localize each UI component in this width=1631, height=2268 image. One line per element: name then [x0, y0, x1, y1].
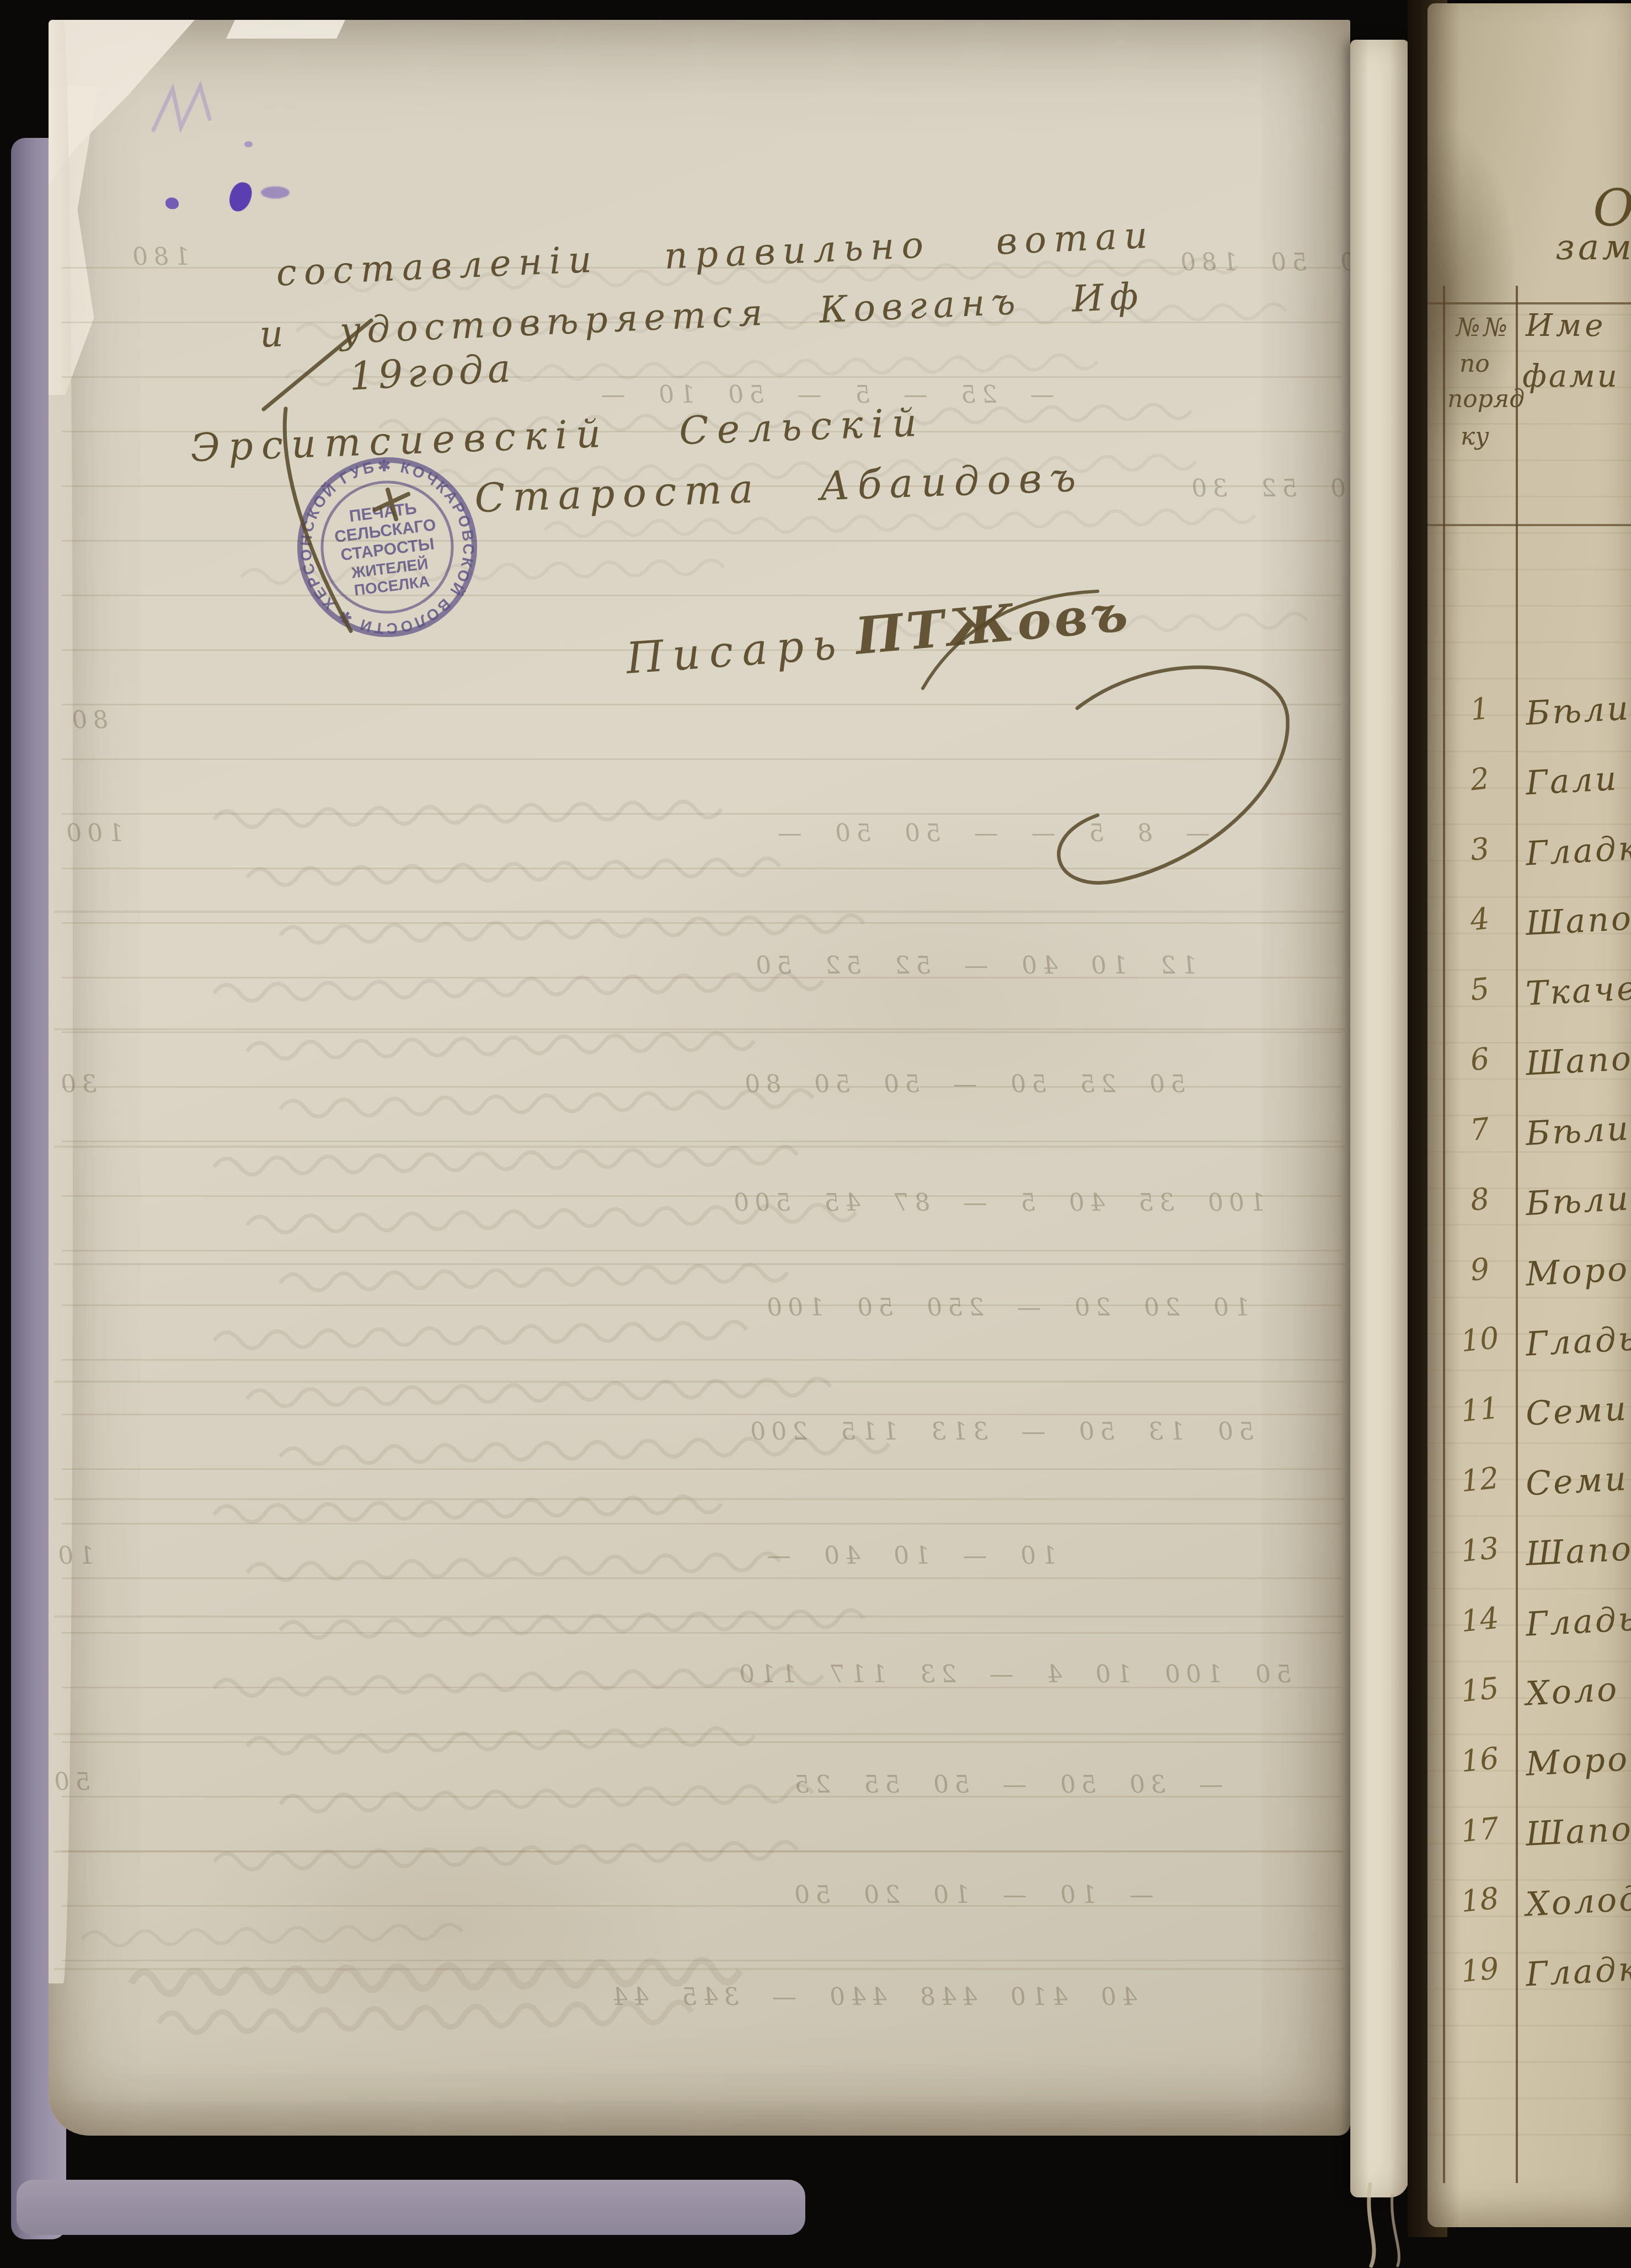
row-number: 4	[1448, 898, 1512, 939]
row-name: Гали	[1525, 759, 1619, 803]
row-name: Бѣли	[1525, 1109, 1631, 1153]
table-top-line	[1427, 302, 1631, 304]
row-number: 18	[1448, 1879, 1512, 1920]
binding-threads	[1346, 2173, 1434, 2268]
row-name: Бѣли	[1525, 1179, 1631, 1223]
row-number: 13	[1448, 1529, 1512, 1570]
main-page: 18050 50 180— 25 — 5 — 50 10 —50 52 3080…	[49, 20, 1350, 2136]
row-number: 17	[1448, 1809, 1512, 1850]
list-item: 6 Шапо	[1427, 1042, 1631, 1112]
list-item: 3 Гладк	[1427, 832, 1631, 902]
book-cover-bottom-edge	[17, 2180, 805, 2235]
header-number-col: №№	[1456, 312, 1511, 342]
list-item: 14 Глады	[1427, 1602, 1631, 1672]
row-number: 16	[1448, 1739, 1512, 1780]
row-number: 9	[1448, 1249, 1512, 1290]
row-name: Шапо	[1525, 1529, 1631, 1574]
page-fold-edge	[1350, 40, 1409, 2197]
list-item: 12 Семи	[1427, 1462, 1631, 1532]
row-name: Семи	[1525, 1389, 1629, 1433]
header-number-col: по	[1459, 350, 1490, 378]
list-item: 8 Бѣли	[1427, 1182, 1631, 1252]
name-list: 1 Бѣли 2 Гали 3 Гладк 4 Шапо 5 Ткаче 6 Ш…	[1427, 692, 1631, 2023]
list-item: 16 Моро	[1427, 1742, 1631, 1812]
header-number-col: ку	[1461, 422, 1489, 451]
scanned-document: 18050 50 180— 25 — 5 — 50 10 —50 52 3080…	[0, 0, 1631, 2268]
table-header-line	[1427, 524, 1631, 526]
row-number: 19	[1448, 1949, 1512, 1990]
row-number: 10	[1448, 1319, 1512, 1360]
row-name: Моро	[1525, 1740, 1630, 1784]
row-name: Холо	[1525, 1670, 1620, 1714]
list-item: 11 Семи	[1427, 1392, 1631, 1462]
list-item: 10 Глады	[1427, 1322, 1631, 1392]
ink-flourishes	[49, 20, 1350, 2136]
row-number: 6	[1448, 1039, 1512, 1079]
row-name: Шапо	[1525, 1810, 1631, 1854]
row-name: Мороз	[1525, 1249, 1631, 1294]
row-number: 5	[1448, 969, 1512, 1009]
row-name: Бѣли	[1525, 689, 1631, 733]
header-name-col: фами	[1522, 359, 1619, 394]
row-number: 15	[1448, 1669, 1512, 1710]
row-number: 11	[1448, 1389, 1512, 1430]
list-item: 1 Бѣли	[1427, 692, 1631, 762]
facing-page-heading-fragment: зам	[1555, 227, 1631, 268]
row-number: 8	[1448, 1179, 1512, 1219]
list-item: 15 Холо	[1427, 1672, 1631, 1742]
row-name: Шапо	[1525, 899, 1631, 943]
row-number: 1	[1448, 688, 1512, 729]
list-item: 18 Холод	[1427, 1882, 1631, 1953]
row-name: Ткаче	[1525, 969, 1631, 1014]
list-item: 7 Бѣли	[1427, 1112, 1631, 1182]
row-number: 3	[1448, 828, 1512, 869]
row-number: 14	[1448, 1599, 1512, 1640]
facing-page: О зам №№ по поряд ку Име фами 1 Бѣли 2 Г…	[1427, 3, 1631, 2227]
row-number: 2	[1448, 758, 1512, 799]
row-name: Гладк	[1525, 1950, 1631, 1994]
row-name: Шапо	[1525, 1039, 1631, 1083]
list-item: 19 Гладк	[1427, 1953, 1631, 2023]
header-number-col: поряд	[1447, 385, 1525, 413]
list-item: 5 Ткаче	[1427, 972, 1631, 1042]
row-name: Глады	[1525, 1319, 1631, 1363]
header-name-col: Име	[1526, 308, 1606, 344]
row-name: Семи	[1525, 1459, 1629, 1504]
row-name: Гладк	[1525, 829, 1631, 874]
list-item: 17 Шапо	[1427, 1812, 1631, 1882]
row-name: Глады	[1525, 1599, 1631, 1644]
list-item: 9 Мороз	[1427, 1252, 1631, 1322]
list-item: 2 Гали	[1427, 762, 1631, 832]
row-name: Холод	[1525, 1880, 1631, 1924]
list-item: 13 Шапо	[1427, 1532, 1631, 1602]
list-item: 4 Шапо	[1427, 902, 1631, 972]
row-number: 12	[1448, 1459, 1512, 1500]
row-number: 7	[1448, 1109, 1512, 1149]
